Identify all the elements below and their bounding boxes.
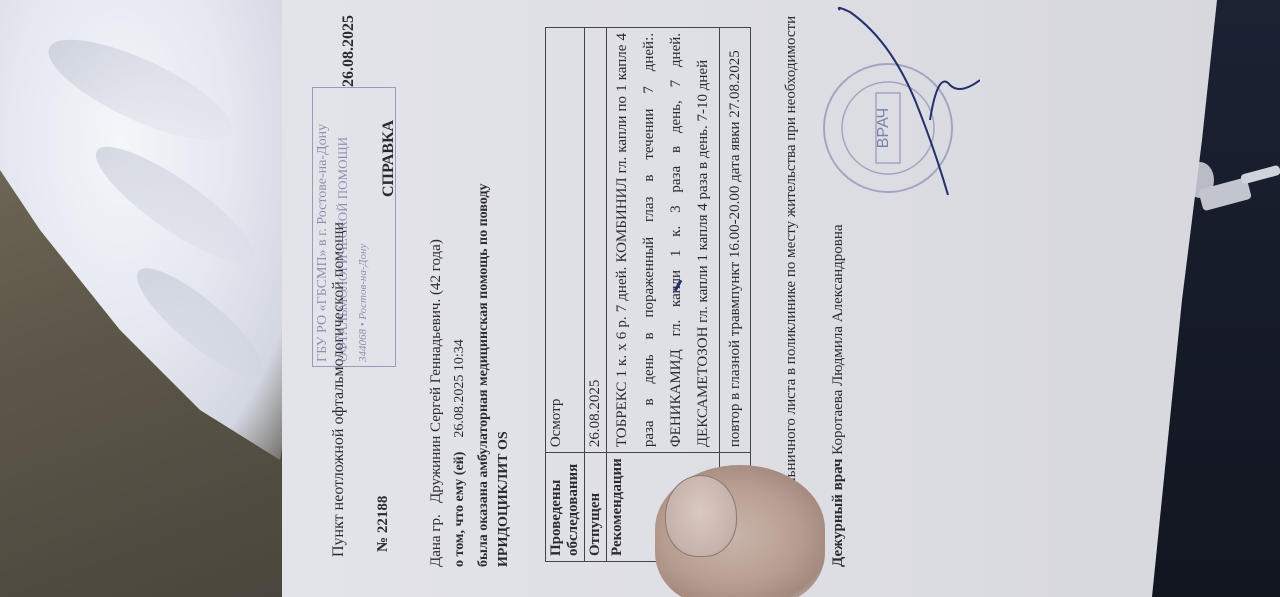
- thumbnail: [665, 475, 737, 557]
- certificate-number: № 22188: [375, 496, 392, 552]
- table-label: Проведены обследования: [546, 453, 585, 562]
- table-label: Отпущен: [585, 453, 607, 562]
- institution-stamp: ГБУ РО «ГБСМП» в г. Ростове-на-Дону ОФТА…: [312, 87, 396, 367]
- diagnosis: ИРИДОЦИКЛИТ OS: [496, 431, 512, 567]
- table-row: Проведены обследования Осмотр: [546, 28, 585, 562]
- patient-name: Дружинин Сергей Геннадьевич. (42 года): [428, 239, 444, 503]
- help-text: была оказана амбулаторная медицинская по…: [476, 184, 492, 567]
- table-row: Отпущен 26.08.2025: [585, 28, 607, 562]
- table-value: ТОБРЕКС 1 к. х 6 р. 7 дней. КОМБИНИЛ гл.…: [607, 28, 720, 453]
- table-value: Осмотр: [546, 28, 585, 453]
- stamp-line-1: ГБУ РО «ГБСМП» в г. Ростове-на-Дону: [313, 92, 333, 362]
- issued-to-row: Дана гр. Дружинин Сергей Геннадьевич. (4…: [428, 239, 445, 567]
- stamp-line-3: 344068 • Ростов-на-Дону: [353, 92, 373, 362]
- doctor-row: Дежурный врач Коротаева Людмила Александ…: [830, 224, 847, 567]
- table-value: 26.08.2025: [585, 28, 607, 453]
- signature-icon: [830, 0, 980, 200]
- doctor-name: Коротаева Людмила Александровна: [830, 224, 846, 454]
- about-row: о том, что ему (ей) 26.08.2025 10:34: [452, 339, 468, 567]
- header-date: 26.08.2025: [340, 15, 358, 87]
- followup-text: повтор в глазной травмпункт 16.00-20.00 …: [720, 28, 751, 453]
- visit-datetime: 26.08.2025 10:34: [452, 339, 467, 437]
- stamp-line-2: ОФТАЛЬМОЛОГИЧЕСКОЙ ПОМОЩИ: [333, 92, 353, 362]
